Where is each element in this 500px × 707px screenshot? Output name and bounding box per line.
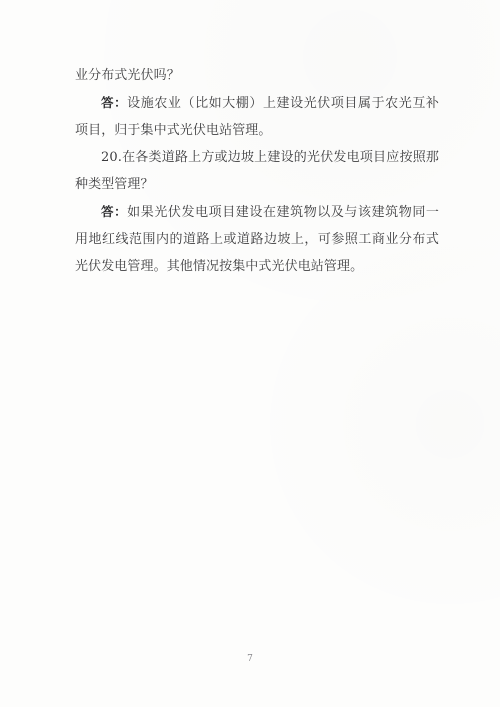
paragraph-text: 业分布式光伏吗？ (75, 68, 180, 83)
page-number: 7 (247, 654, 253, 664)
document-page: 业分布式光伏吗？ 答：设施农业（比如大棚）上建设光伏项目属于农光互补项目，归于集… (0, 0, 500, 707)
answer-prefix-label: 答： (101, 204, 127, 219)
answer-prefix-label: 答： (101, 95, 127, 110)
page-body-text: 业分布式光伏吗？ 答：设施农业（比如大棚）上建设光伏项目属于农光互补项目，归于集… (75, 62, 439, 280)
page-footer: 7 (0, 646, 500, 665)
paragraph-continuation: 业分布式光伏吗？ (75, 62, 439, 89)
paragraph-text: 20.在各类道路上方或边坡上建设的光伏发电项目应按照那种类型管理？ (75, 150, 439, 192)
paragraph-answer-19: 答：设施农业（比如大棚）上建设光伏项目属于农光互补项目，归于集中式光伏电站管理。 (75, 89, 439, 144)
paragraph-text: 设施农业（比如大棚）上建设光伏项目属于农光互补项目，归于集中式光伏电站管理。 (75, 96, 439, 138)
paragraph-answer-20: 答：如果光伏发电项目建设在建筑物以及与该建筑物同一用地红线范围内的道路上或道路边… (75, 198, 439, 280)
paragraph-text: 如果光伏发电项目建设在建筑物以及与该建筑物同一用地红线范围内的道路上或道路边坡上… (75, 205, 439, 274)
paragraph-question-20: 20.在各类道路上方或边坡上建设的光伏发电项目应按照那种类型管理？ (75, 144, 439, 198)
